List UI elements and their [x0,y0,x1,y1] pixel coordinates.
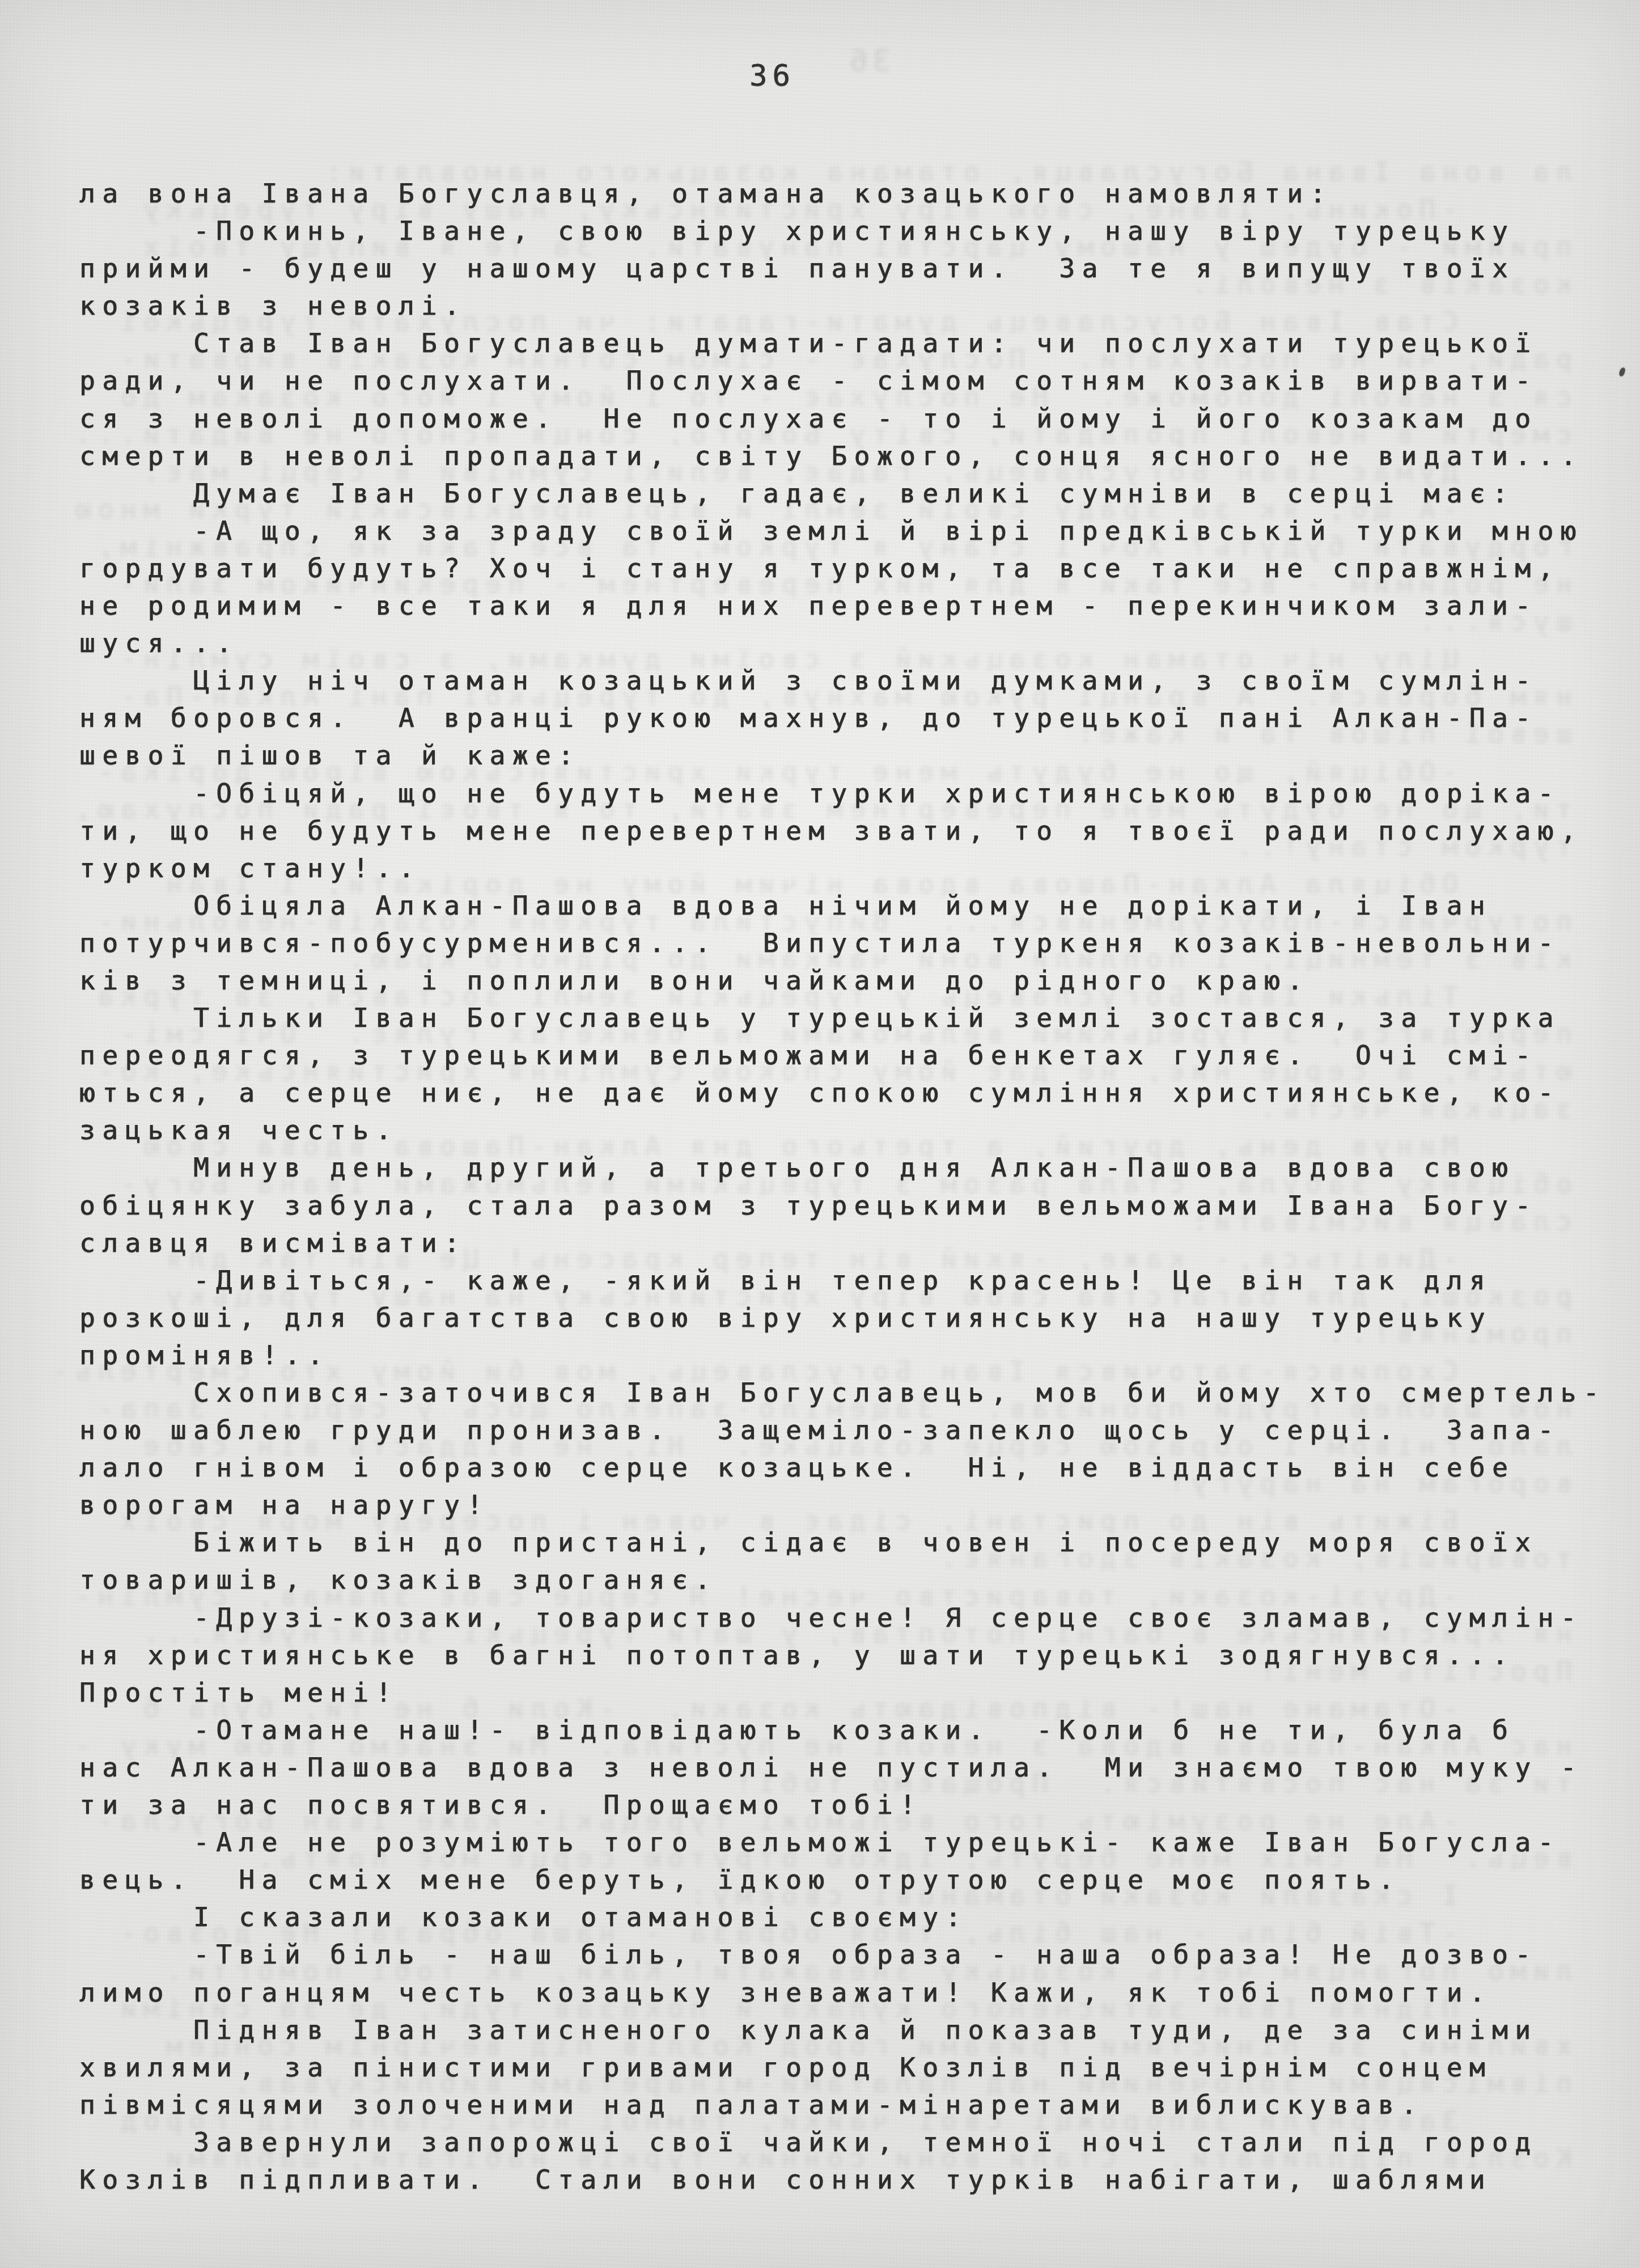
text-line: турком стану!.. [79,849,1621,887]
body-text: ла вона Івана Богуславця, отамана козаць… [79,175,1621,2198]
text-line: лало гнівом і образою серце козацьке. Ні… [79,1449,1621,1486]
ghost-page-number: 36 [845,44,891,78]
text-line: -Покинь, Іване, свою віру християнську, … [79,212,1621,249]
text-line: Козлів підпливати. Стали вони сонних тур… [79,2161,1621,2198]
text-line: потурчився-побусурменився... Випустила т… [79,924,1621,962]
text-line: шуся... [79,624,1621,662]
text-line: лимо поганцям честь козацьку зневажати! … [79,1974,1621,2011]
text-line: ти, що не будуть мене перевертнем звати,… [79,812,1621,849]
text-line: ла вона Івана Богуславця, отамана козаць… [79,175,1621,212]
text-line: товаришів, козаків здоганяє. [79,1561,1621,1598]
text-line: Біжить він до пристані, сідає в човен і … [79,1524,1621,1561]
text-line: Підняв Іван затисненого кулака й показав… [79,2011,1621,2049]
text-line: І сказали козаки отаманові своєму: [79,1898,1621,1936]
text-line: гордувати будуть? Хоч і стану я турком, … [79,549,1621,587]
page-number: 36 [749,59,795,93]
text-line: Цілу ніч отаман козацький з своїми думка… [79,662,1621,699]
text-line: -Твій біль - наш біль, твоя образа - наш… [79,1936,1621,1973]
text-line: козаків з неволі. [79,287,1621,324]
text-line: ються, а серце ниє, не дає йому спокою с… [79,1074,1621,1111]
text-line: ради, чи не послухати. Послухає - сімом … [79,362,1621,399]
text-line: не родимим - все таки я для них переверт… [79,587,1621,624]
text-line: Обіцяла Алкан-Пашова вдова нічим йому не… [79,887,1621,924]
text-line: хвилями, за пінистими гривами город Козл… [79,2049,1621,2086]
text-line: ся з неволі допоможе. Не послухає - то і… [79,400,1621,437]
text-line: нас Алкан-Пашова вдова з неволі не пусти… [79,1749,1621,1786]
text-line: розкоші, для багатства свою віру христия… [79,1299,1621,1336]
text-line: ти за нас посвятився. Прощаємо тобі! [79,1786,1621,1823]
text-line: проміняв!.. [79,1336,1621,1374]
text-line: -Дивіться,- каже, -який він тепер красен… [79,1262,1621,1299]
text-line: -Друзі-козаки, товариство чесне! Я серце… [79,1599,1621,1636]
document-page: 36 ла вона Івана Богуславця, отамана коз… [0,0,1640,2268]
text-line: -Але не розуміють того вельможі турецькі… [79,1823,1621,1861]
text-line: прийми - будеш у нашому царстві панувати… [79,249,1621,287]
text-line: Простіть мені! [79,1674,1621,1711]
text-line: смерти в неволі пропадати, світу Божого,… [79,437,1621,475]
text-line: -Обіцяй, що не будуть мене турки христия… [79,775,1621,812]
text-line: ків з темниці, і поплили вони чайками до… [79,962,1621,999]
text-line: переодягся, з турецькими вельможами на б… [79,1036,1621,1074]
text-line: Схопився-заточився Іван Богуславець, мов… [79,1374,1621,1411]
text-line: шевої пішов та й каже: [79,737,1621,774]
text-line: обіцянку забула, стала разом з турецьким… [79,1187,1621,1224]
text-line: ворогам на наругу! [79,1486,1621,1524]
text-line: славця висмівати: [79,1224,1621,1262]
text-line: Тільки Іван Богуславець у турецькій земл… [79,999,1621,1036]
text-line: ням боровся. А вранці рукою махнув, до т… [79,699,1621,737]
text-line: Думає Іван Богуславець, гадає, великі су… [79,475,1621,512]
text-line: ною шаблею груди пронизав. Защеміло-запе… [79,1411,1621,1449]
text-line: Завернули запорожці свої чайки, темної н… [79,2123,1621,2161]
text-line: вець. На сміх мене беруть, їдкою отрутою… [79,1861,1621,1898]
text-line: півмісяцями золоченими над палатами-міна… [79,2086,1621,2123]
text-line: Минув день, другий, а третього дня Алкан… [79,1149,1621,1186]
text-line: ня християнське в багні потоптав, у шати… [79,1636,1621,1674]
text-line: -Отамане наш!- відповідають козаки. -Кол… [79,1711,1621,1749]
text-line: -А що, як за зраду своїй землі й вірі пр… [79,512,1621,549]
text-line: зацькая честь. [79,1111,1621,1149]
text-line: Став Іван Богуславець думати-гадати: чи … [79,324,1621,362]
